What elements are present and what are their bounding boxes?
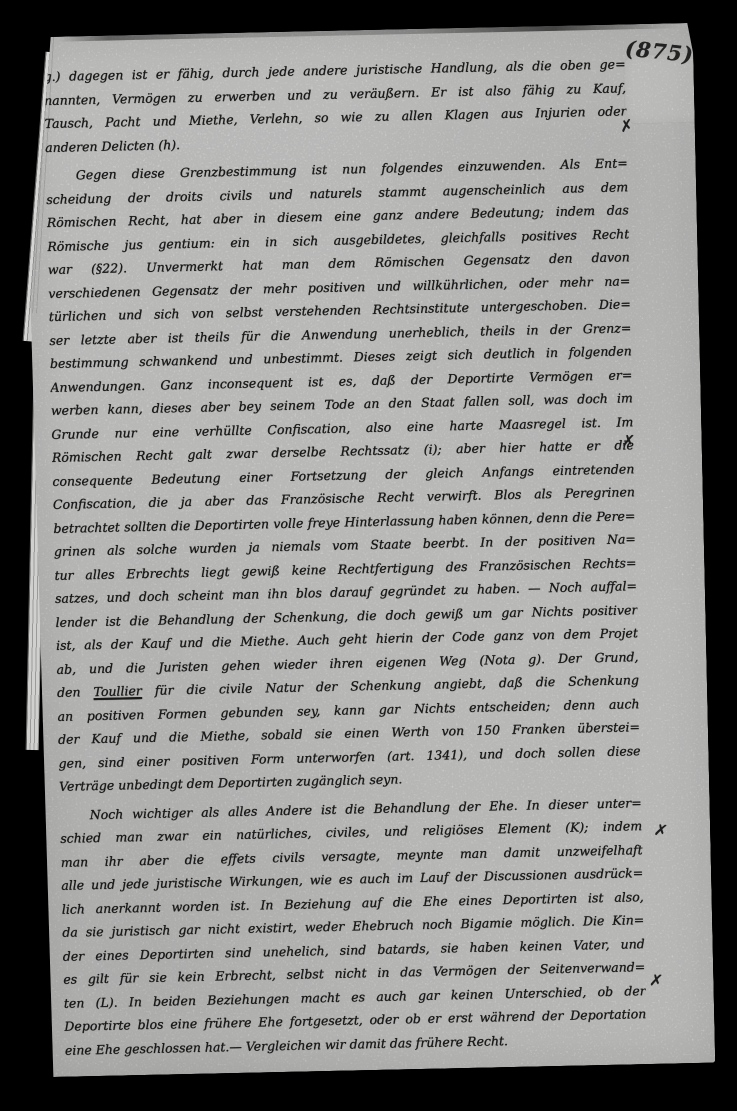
margin-x-mark: ✗ — [648, 970, 664, 990]
margin-x-mark: ✗ — [621, 431, 636, 451]
paragraph: Noch wichtiger als alles Andere ist die … — [59, 791, 647, 1062]
underlined-name: Toullier — [93, 683, 142, 699]
page-top-edge-shadow — [59, 23, 679, 42]
photo-background: (875) g.) dagegen ist er fähig, durch je… — [0, 0, 737, 1111]
margin-x-mark: ✗ — [618, 115, 634, 136]
manuscript-text: g.) dagegen ist er fähig, durch jede and… — [43, 52, 647, 1061]
paragraph: Gegen diese Grenzbestimmung ist nun folg… — [46, 151, 642, 798]
margin-x-mark: ✗ — [653, 820, 670, 841]
manuscript-page: (875) g.) dagegen ist er fähig, durch je… — [25, 23, 716, 1077]
paragraph: g.) dagegen ist er fähig, durch jede and… — [43, 52, 627, 159]
